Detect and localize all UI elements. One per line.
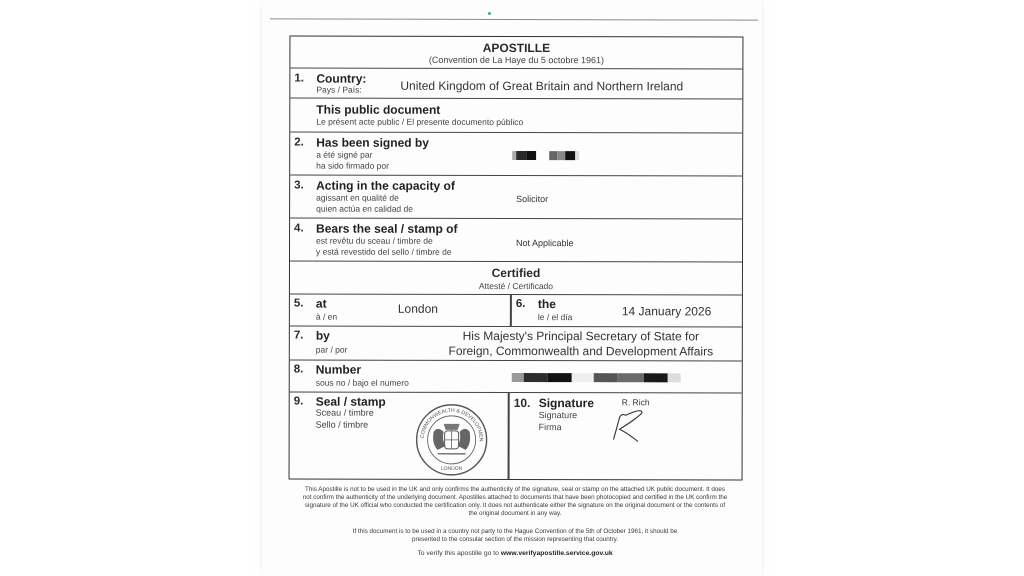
- field-seal-of: 4. Bears the seal / stamp of est revêtu …: [290, 219, 742, 263]
- field-sublabel: quien actúa en calidad de: [316, 204, 413, 215]
- field-label: Signature: [539, 396, 594, 410]
- certified-label: Certified: [290, 266, 742, 281]
- field-country: 1. Country: Pays / País: United Kingdom …: [290, 69, 742, 100]
- field-public-document: This public document Le présent acte pub…: [290, 99, 742, 134]
- field-sublabel: le / el día: [538, 312, 573, 323]
- authority-line-2: Foreign, Commonwealth and Development Af…: [430, 344, 732, 360]
- apostille-form: APOSTILLE (Convention de La Haye du 5 oc…: [289, 36, 744, 481]
- field-signed-by: 2. Has been signed by a été signé par ha…: [290, 133, 742, 177]
- field-sublabel: à / en: [316, 312, 337, 323]
- footer-hague-note: If this document is to be used in a coun…: [340, 528, 690, 544]
- certified-header: Certified Attesté / Certificado: [290, 262, 742, 296]
- field-number: 5.: [294, 298, 304, 310]
- capacity-value: Solicitor: [516, 194, 548, 204]
- field-capacity: 3. Acting in the capacity of agissant en…: [290, 176, 742, 220]
- field-sublabel: par / por: [316, 345, 348, 356]
- country-value: United Kingdom of Great Britain and Nort…: [400, 79, 683, 94]
- field-label: Has been signed by: [316, 136, 429, 150]
- scan-artifact: [488, 12, 491, 15]
- field-number: 9.: [294, 396, 304, 408]
- field-sublabel: agissant en qualité de: [316, 193, 399, 204]
- place-value: London: [398, 302, 438, 316]
- form-header: APOSTILLE (Convention de La Haye du 5 oc…: [290, 37, 742, 70]
- field-sublabel: Pays / País:: [316, 85, 361, 96]
- field-label: by: [316, 329, 330, 343]
- seal-of-value: Not Applicable: [516, 238, 574, 248]
- form-title: APOSTILLE: [290, 41, 742, 56]
- verify-text: To verify this apostille go to: [417, 550, 501, 557]
- field-place-date: 5. at à / en London 6. the le / el día 1…: [290, 295, 742, 328]
- field-sublabel: est revêtu du sceau / timbre de: [316, 236, 433, 247]
- field-sublabel: Firma: [539, 422, 562, 433]
- redacted-signer-name: [512, 151, 579, 160]
- footer-disclaimer: This Apostille is not to be used in the …: [300, 486, 730, 518]
- field-number-row: 8. Number sous no / bajo el numero: [290, 361, 742, 394]
- field-sublabel: sous no / bajo el numero: [316, 378, 409, 389]
- authority-value: His Majesty's Principal Secretary of Sta…: [430, 329, 732, 360]
- form-subtitle: (Convention de La Haye du 5 octobre 1961…: [290, 55, 742, 66]
- redacted-apostille-number: [512, 373, 681, 382]
- svg-text:FOREIGN, COMMONWEALTH & DEVELO: FOREIGN, COMMONWEALTH & DEVELOPMENT OFFI…: [414, 402, 484, 442]
- field-seal-signature: 9. Seal / stamp Sceau / timbre Sello / t…: [290, 393, 742, 480]
- field-number: 4.: [294, 223, 304, 235]
- certified-sublabel: Attesté / Certificado: [290, 281, 742, 292]
- field-number: 3.: [294, 180, 304, 192]
- field-sublabel: Sello / timbre: [316, 420, 369, 431]
- svg-text:LONDON: LONDON: [441, 466, 463, 472]
- field-label: Number: [316, 363, 361, 377]
- field-number: 1.: [294, 73, 304, 85]
- field-label: Bears the seal / stamp of: [316, 222, 457, 236]
- handwritten-signature: [608, 407, 652, 443]
- field-sublabel: ha sido firmado por: [316, 161, 389, 172]
- column-divider: [510, 295, 512, 326]
- field-label: the: [538, 297, 556, 311]
- field-number: 10.: [514, 396, 531, 410]
- field-label: Seal / stamp: [316, 395, 386, 409]
- official-seal-stamp: FOREIGN, COMMONWEALTH & DEVELOPMENT OFFI…: [414, 402, 490, 478]
- field-number: 8.: [294, 364, 304, 376]
- field-label: at: [316, 297, 327, 311]
- field-sublabel: Signature: [539, 410, 578, 421]
- field-sublabel: Sceau / timbre: [316, 408, 374, 419]
- authority-line-1: His Majesty's Principal Secretary of Sta…: [430, 329, 732, 345]
- field-sublabel: Le présent acte public / El presente doc…: [316, 117, 523, 128]
- footer-verify: To verify this apostille go to www.verif…: [300, 550, 730, 558]
- field-label: Country:: [316, 72, 366, 86]
- field-label: Acting in the capacity of: [316, 179, 455, 193]
- signer-name: R. Rich: [622, 397, 650, 407]
- column-divider: [508, 393, 510, 479]
- field-label: This public document: [316, 103, 440, 117]
- field-number: 6.: [516, 298, 526, 310]
- field-by: 7. by par / por His Majesty's Principal …: [290, 327, 742, 362]
- date-value: 14 January 2026: [622, 304, 711, 318]
- field-number: 7.: [294, 330, 304, 342]
- field-sublabel: a été signé par: [316, 150, 372, 161]
- field-number: 2.: [294, 137, 304, 149]
- verify-link[interactable]: www.verifyapostille.service.gov.uk: [501, 550, 613, 557]
- field-sublabel: y está revestido del sello / timbre de: [316, 247, 452, 258]
